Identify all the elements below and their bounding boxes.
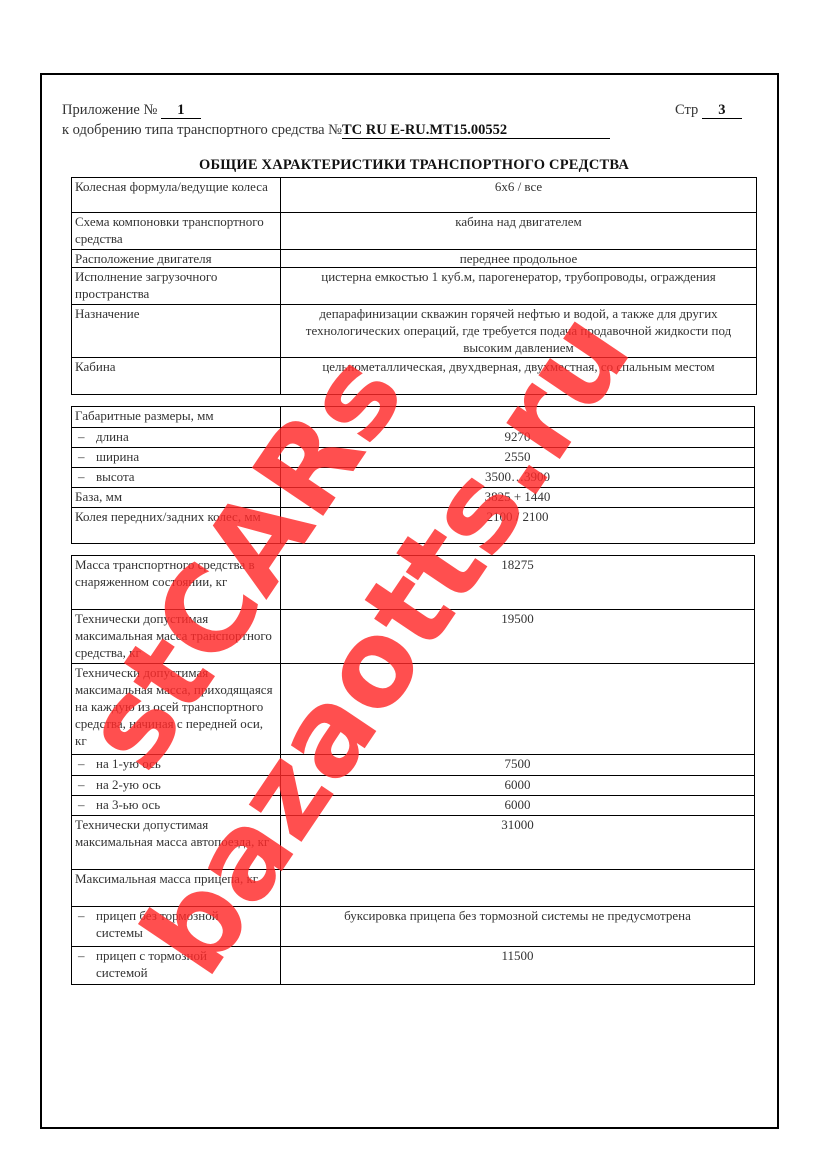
table-row: Максимальная масса прицепа, кг <box>72 870 755 907</box>
row-value: буксировка прицепа без тормозной системы… <box>281 907 755 947</box>
page-number: 3 <box>702 103 742 119</box>
dash-bullet-icon: – <box>78 428 96 445</box>
approval-line: к одобрению типа транспортного средства … <box>62 122 610 139</box>
row-label: Масса транспортного средства в снаряженн… <box>72 556 281 610</box>
row-label: Схема компоновки транспортного средства <box>72 213 281 250</box>
row-label: База, мм <box>72 488 281 508</box>
table-row: Назначениедепарафинизации скважин горяче… <box>72 305 757 358</box>
appendix-number: 1 <box>161 103 201 119</box>
table-row: –прицеп с тормозной системой11500 <box>72 947 755 985</box>
row-value: кабина над двигателем <box>281 213 757 250</box>
general-characteristics-table: Колесная формула/ведущие колеса6x6 / все… <box>71 177 757 395</box>
row-value: 11500 <box>281 947 755 985</box>
row-value: 2550 <box>281 448 755 468</box>
row-label: –высота <box>72 468 281 488</box>
table-row: –высота3500…3900 <box>72 468 755 488</box>
dash-bullet-icon: – <box>78 755 96 772</box>
row-value: 6000 <box>281 796 755 816</box>
row-label: Максимальная масса прицепа, кг <box>72 870 281 907</box>
approval-label: к одобрению типа транспортного средства … <box>62 122 342 138</box>
row-value: 3500…3900 <box>281 468 755 488</box>
dimensions-table: Габаритные размеры, мм–длина9270–ширина2… <box>71 406 755 544</box>
row-value <box>281 870 755 907</box>
appendix-label: Приложение № <box>62 102 157 118</box>
row-value: 3825 + 1440 <box>281 488 755 508</box>
table-row: Технически допустимая максимальная масса… <box>72 610 755 664</box>
row-label: Кабина <box>72 358 281 395</box>
row-label: Назначение <box>72 305 281 358</box>
table-row: –длина9270 <box>72 428 755 448</box>
row-label: Исполнение загрузочного пространства <box>72 268 281 305</box>
dash-bullet-icon: – <box>78 448 96 465</box>
row-label: –длина <box>72 428 281 448</box>
table-row: –прицеп без тормозной системыбуксировка … <box>72 907 755 947</box>
table-row: Исполнение загрузочного пространствацист… <box>72 268 757 305</box>
page-number-line: Стр 3 <box>675 102 742 119</box>
row-value: депарафинизации скважин горячей нефтью и… <box>281 305 757 358</box>
table-row: Технически допустимая максимальная масса… <box>72 816 755 870</box>
row-value: цельнометаллическая, двухдверная, двухме… <box>281 358 757 395</box>
row-label: Расположение двигателя <box>72 250 281 268</box>
row-label: –на 1-ую ось <box>72 755 281 776</box>
table-row: Технически допустимая максимальная масса… <box>72 664 755 755</box>
row-label: –прицеп без тормозной системы <box>72 907 281 947</box>
row-value <box>281 664 755 755</box>
table-row: Габаритные размеры, мм <box>72 407 755 428</box>
row-value: 18275 <box>281 556 755 610</box>
table-row: База, мм3825 + 1440 <box>72 488 755 508</box>
row-value: 31000 <box>281 816 755 870</box>
appendix-line: Приложение № 1 <box>62 102 201 119</box>
row-value: 7500 <box>281 755 755 776</box>
row-value: переднее продольное <box>281 250 757 268</box>
mass-table: Масса транспортного средства в снаряженн… <box>71 555 755 985</box>
table-row: –на 1-ую ось7500 <box>72 755 755 776</box>
row-label: Габаритные размеры, мм <box>72 407 281 428</box>
row-label: Технически допустимая максимальная масса… <box>72 664 281 755</box>
table-row: Кабинацельнометаллическая, двухдверная, … <box>72 358 757 395</box>
row-value: цистерна емкостью 1 куб.м, парогенератор… <box>281 268 757 305</box>
row-label: Технически допустимая максимальная масса… <box>72 816 281 870</box>
row-label: Технически допустимая максимальная масса… <box>72 610 281 664</box>
table-row: Колея передних/задних колес, мм2100 / 21… <box>72 508 755 544</box>
row-value: 2100 / 2100 <box>281 508 755 544</box>
dash-bullet-icon: – <box>78 907 96 924</box>
row-value: 6x6 / все <box>281 178 757 213</box>
row-value: 9270 <box>281 428 755 448</box>
row-label: Колея передних/задних колес, мм <box>72 508 281 544</box>
row-value: 6000 <box>281 776 755 796</box>
table-row: Расположение двигателяпереднее продольно… <box>72 250 757 268</box>
table-row: –ширина2550 <box>72 448 755 468</box>
dash-bullet-icon: – <box>78 468 96 485</box>
dash-bullet-icon: – <box>78 947 96 964</box>
table-row: –на 3-ью ось6000 <box>72 796 755 816</box>
row-label: –ширина <box>72 448 281 468</box>
row-label: –на 3-ью ось <box>72 796 281 816</box>
dash-bullet-icon: – <box>78 776 96 793</box>
table-row: Масса транспортного средства в снаряженн… <box>72 556 755 610</box>
table-row: Колесная формула/ведущие колеса6x6 / все <box>72 178 757 213</box>
page-label: Стр <box>675 102 698 118</box>
approval-number: ТС RU E-RU.MT15.00552 <box>342 123 610 139</box>
row-label: –на 2-ую ось <box>72 776 281 796</box>
table-row: –на 2-ую ось6000 <box>72 776 755 796</box>
row-label: Колесная формула/ведущие колеса <box>72 178 281 213</box>
page-title: ОБЩИЕ ХАРАКТЕРИСТИКИ ТРАНСПОРТНОГО СРЕДС… <box>71 157 757 174</box>
row-value <box>281 407 755 428</box>
dash-bullet-icon: – <box>78 796 96 813</box>
table-row: Схема компоновки транспортного средствак… <box>72 213 757 250</box>
row-value: 19500 <box>281 610 755 664</box>
row-label: –прицеп с тормозной системой <box>72 947 281 985</box>
